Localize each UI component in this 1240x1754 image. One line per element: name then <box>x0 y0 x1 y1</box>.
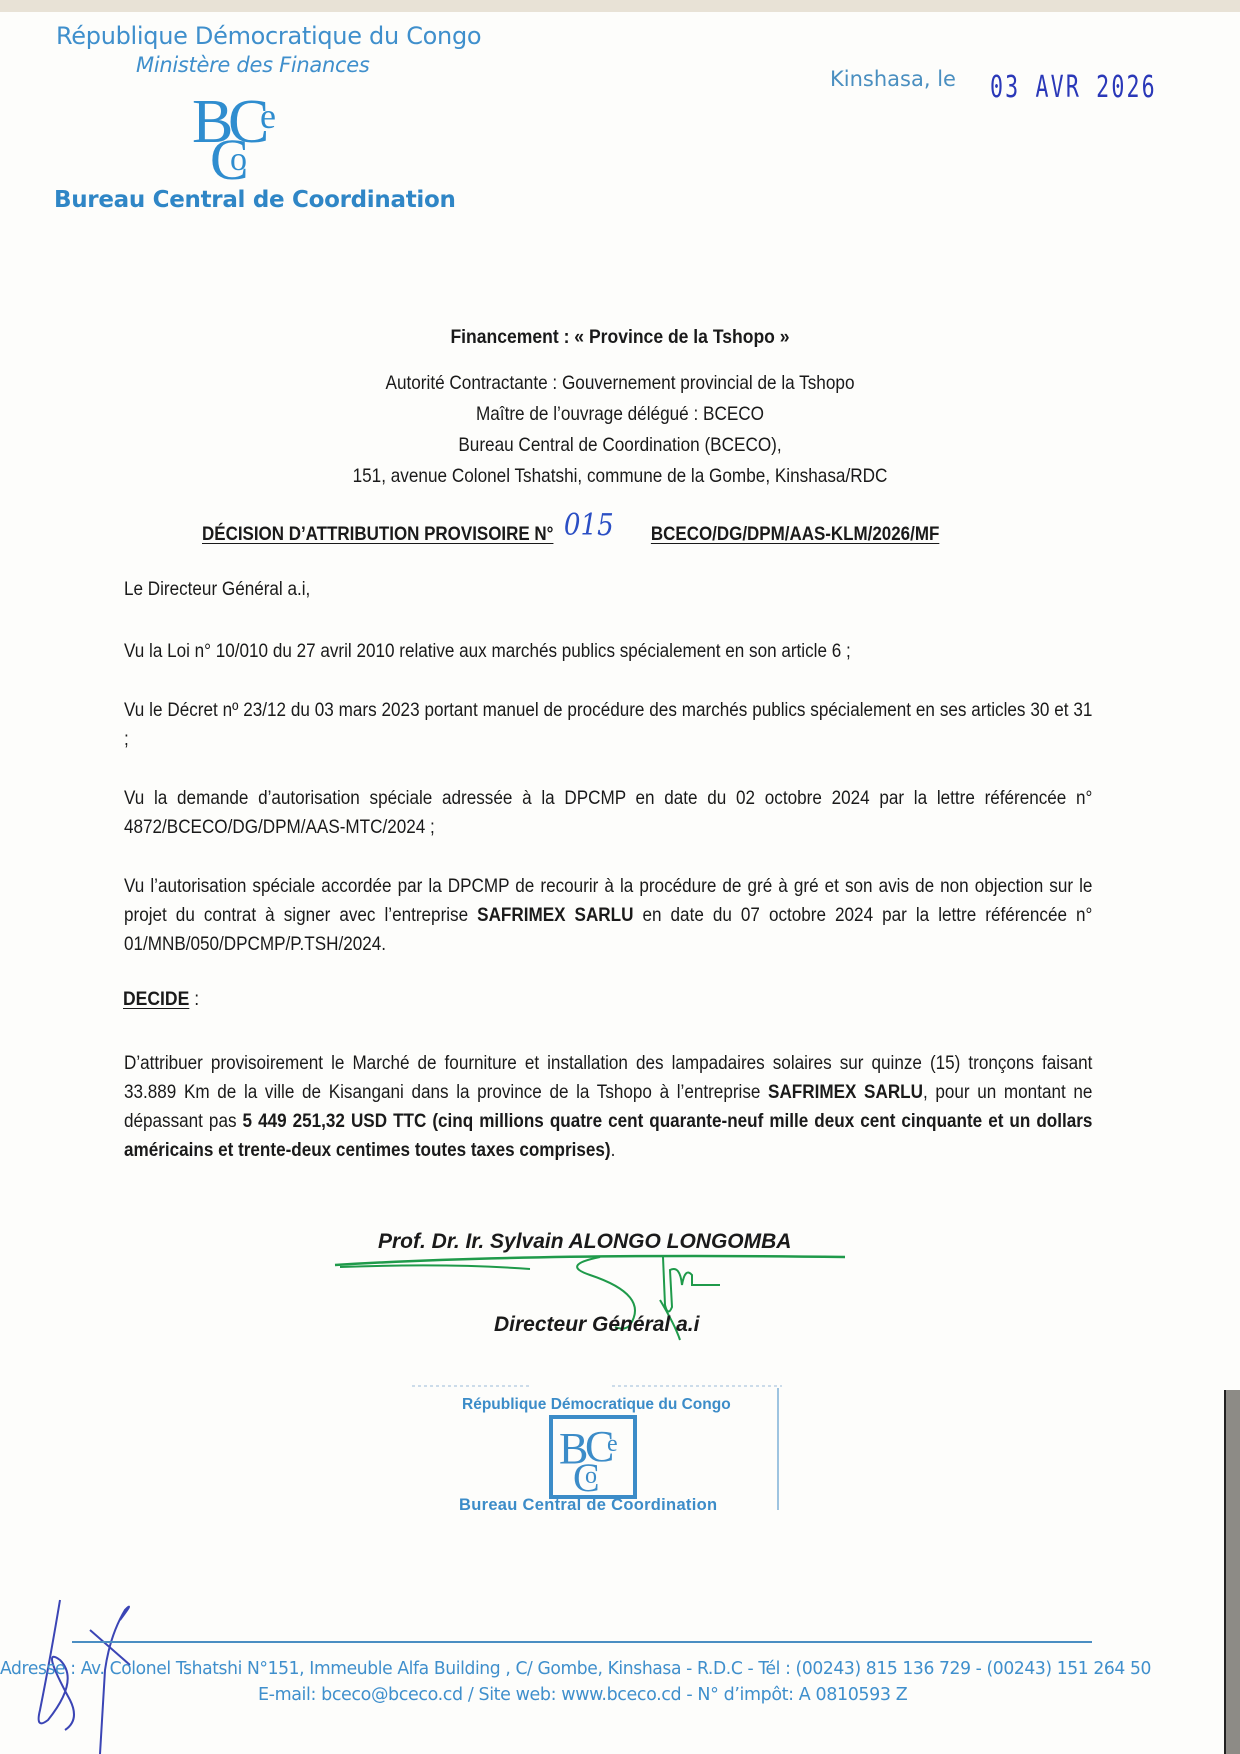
dateline-place: Kinshasa, le <box>830 67 956 91</box>
signatory-title: Directeur Général a.i <box>494 1313 699 1337</box>
svg-text:e: e <box>260 96 276 136</box>
bceco-logo-icon: B C e C o <box>190 84 300 184</box>
svg-text:e: e <box>607 1431 618 1457</box>
decision-text: D’attribuer provisoirement le Marché de … <box>124 1049 1092 1165</box>
decide-colon: : <box>189 988 199 1010</box>
letterhead-organization: Bureau Central de Coordination <box>54 187 456 213</box>
seal-organization: Bureau Central de Coordination <box>459 1496 717 1515</box>
decision-number-handwritten: 015 <box>553 508 650 543</box>
bureau-address: 151, avenue Colonel Tshatshi, commune de… <box>74 465 1165 488</box>
consideration-request: Vu la demande d’autorisation spéciale ad… <box>124 784 1092 842</box>
scan-edge-top <box>0 0 1240 12</box>
svg-text:o: o <box>230 141 247 178</box>
text-segment: . <box>611 1140 616 1161</box>
seal-logo: B C e C o <box>549 1415 637 1499</box>
delegated-owner: Maître de l’ouvrage délégué : BCECO <box>74 403 1165 426</box>
company-name: SAFRIMEX SARLU <box>768 1082 923 1103</box>
bureau-name: Bureau Central de Coordination (BCECO), <box>74 434 1165 457</box>
consideration-decree: Vu le Décret nº 23/12 du 03 mars 2023 po… <box>124 696 1092 754</box>
decide-heading: DECIDE : <box>123 988 199 1011</box>
letterhead-ministry: Ministère des Finances <box>136 53 370 77</box>
company-name: SAFRIMEX SARLU <box>477 905 633 926</box>
date-stamp: 03 AVR 2026 <box>990 70 1157 105</box>
scan-edge-right <box>1224 1390 1240 1754</box>
consideration-law: Vu la Loi n° 10/010 du 27 avril 2010 rel… <box>124 637 1092 666</box>
salutation: Le Directeur Général a.i, <box>124 575 1092 604</box>
decide-label: DECIDE <box>123 988 189 1010</box>
footer-divider <box>72 1641 1092 1643</box>
seal-country: République Démocratique du Congo <box>462 1396 731 1414</box>
contracting-authority: Autorité Contractante : Gouvernement pro… <box>74 372 1165 395</box>
decision-reference: BCECO/DG/DPM/AAS-KLM/2026/MF <box>651 523 939 545</box>
financing-title: Financement : « Province de la Tshopo » <box>62 326 1178 349</box>
footer-address: Adresse : Av. Colonel Tshatshi N°151, Im… <box>0 1659 1151 1679</box>
consideration-authorization: Vu l’autorisation spéciale accordée par … <box>124 872 1092 959</box>
footer-contact: E-mail: bceco@bceco.cd / Site web: www.b… <box>258 1685 907 1705</box>
decision-title: DÉCISION D’ATTRIBUTION PROVISOIRE N°015B… <box>202 513 939 548</box>
letterhead-country: République Démocratique du Congo <box>56 22 481 50</box>
decision-prefix: DÉCISION D’ATTRIBUTION PROVISOIRE N° <box>202 523 553 545</box>
contract-amount: 5 449 251,32 USD TTC (cinq millions quat… <box>124 1111 1092 1161</box>
bceco-seal-logo-icon: B C e C o <box>553 1419 633 1495</box>
svg-text:o: o <box>585 1463 597 1489</box>
